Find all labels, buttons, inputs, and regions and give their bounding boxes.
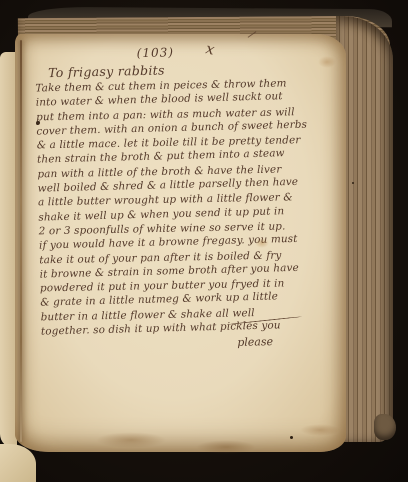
underlying-page-corner	[0, 444, 36, 482]
handwritten-text: (103) To frigasy rabbits Take them & cut…	[35, 41, 342, 357]
gutter-seam	[20, 40, 22, 442]
ink-speck	[290, 436, 293, 439]
foxing-stain	[318, 56, 336, 68]
foxing-stain	[255, 238, 269, 248]
foxing-stain	[300, 424, 340, 436]
ink-speck	[352, 182, 354, 184]
manuscript-photo: (103) To frigasy rabbits Take them & cut…	[0, 0, 408, 482]
fore-edge-clasp	[374, 414, 396, 440]
foxing-stain	[196, 440, 256, 454]
foxing-stain	[96, 432, 166, 448]
